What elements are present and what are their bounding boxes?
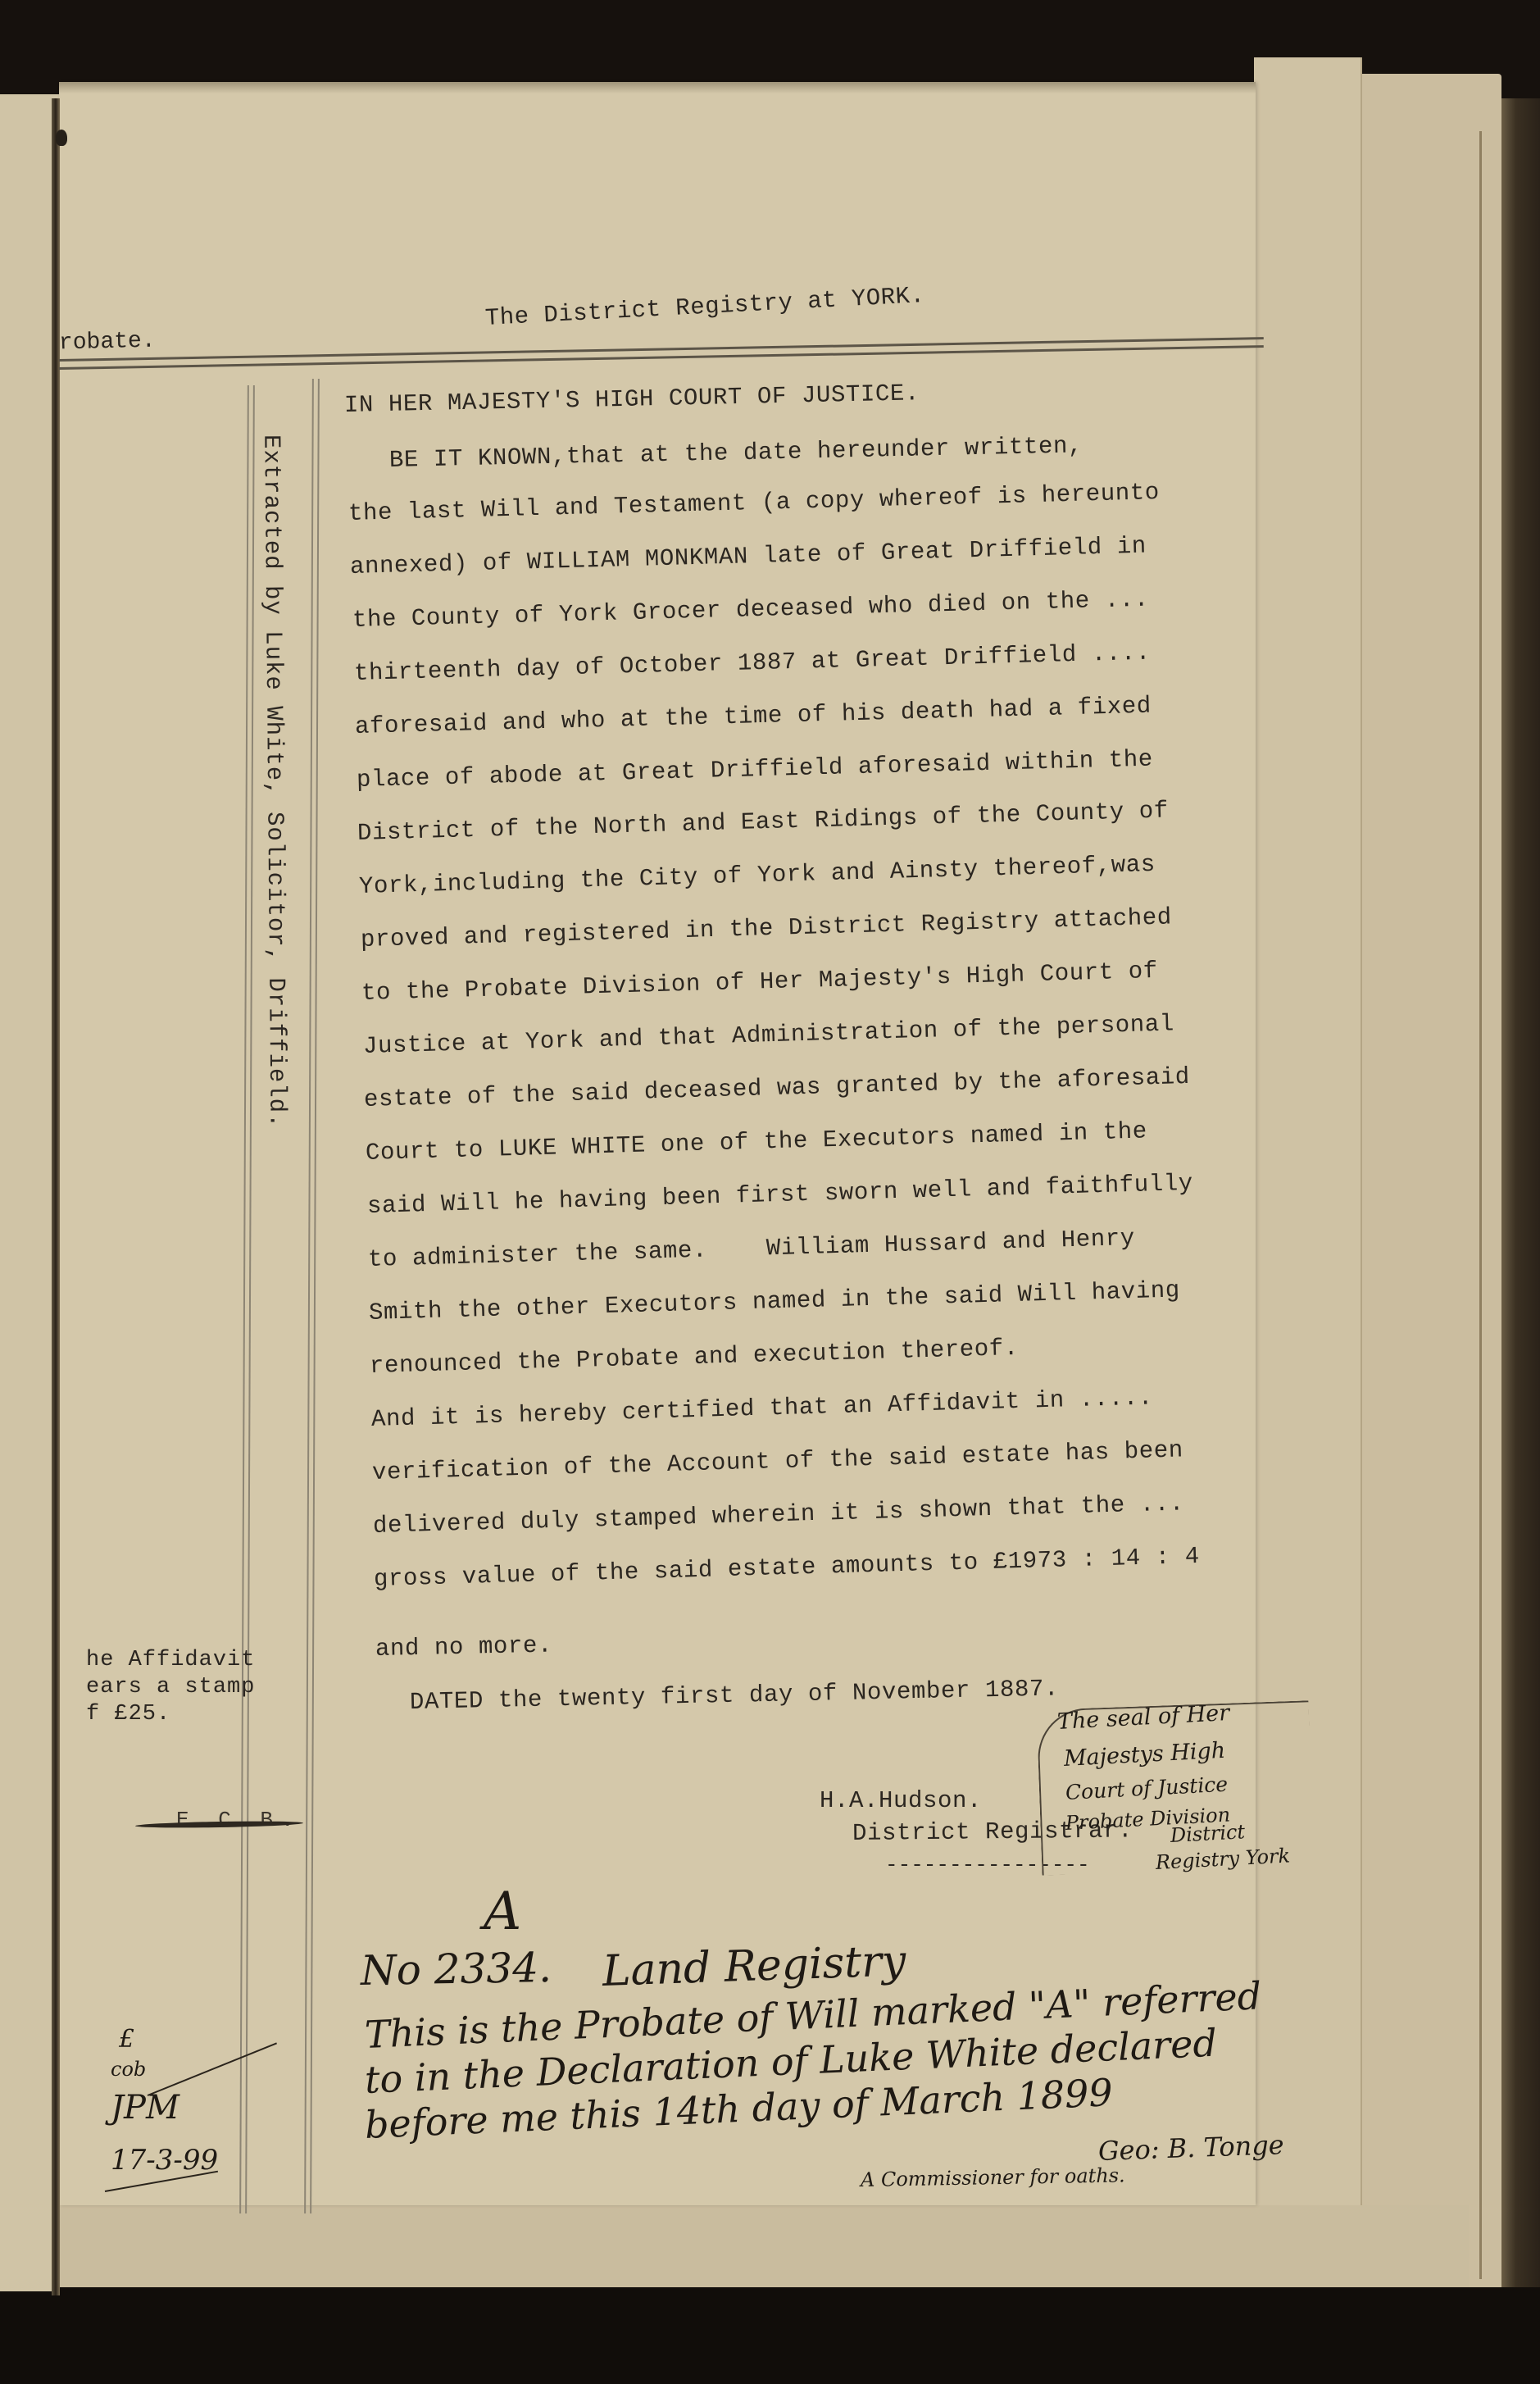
header-left-fragment: robate. (59, 329, 156, 357)
page-edge-line (1479, 131, 1482, 2279)
margin-mark: cob (111, 2058, 146, 2081)
struck-initials: E.C.B. (176, 1808, 302, 1832)
body-line: and no more. (375, 1631, 553, 1663)
binding-cloth-right (1500, 98, 1540, 2312)
registrar-signature: H.A.Hudson. (820, 1787, 982, 1814)
sheet-top-shadow (59, 82, 1256, 93)
exhibit-mark: A (484, 1881, 521, 1942)
binding-cloth-bottom (0, 2287, 1540, 2384)
underlying-page (59, 2205, 1469, 2287)
page-stack-edge (1344, 74, 1501, 2304)
page-stack-edge-inner (1254, 57, 1362, 2263)
affidavit-note-line: f £25. (86, 1702, 170, 1727)
endorsement-number: No 2334. (360, 1944, 552, 1995)
seal-note-line: District (1170, 1820, 1245, 1847)
affidavit-note-line: ears a stamp (86, 1675, 255, 1699)
affidavit-note-line: he Affidavit (86, 1648, 255, 1672)
margin-mark: £ (119, 2025, 134, 2054)
commissioner-title: A Commissioner for oaths. (861, 2163, 1125, 2191)
ink-blot-icon (56, 130, 67, 146)
margin-initials: JPM (111, 2089, 179, 2127)
facing-page-left (0, 94, 59, 2291)
commissioner-signature: Geo: B. Tonge (1097, 2129, 1284, 2167)
book-gutter (52, 98, 60, 2295)
margin-date: 17-3-99 (111, 2144, 218, 2177)
